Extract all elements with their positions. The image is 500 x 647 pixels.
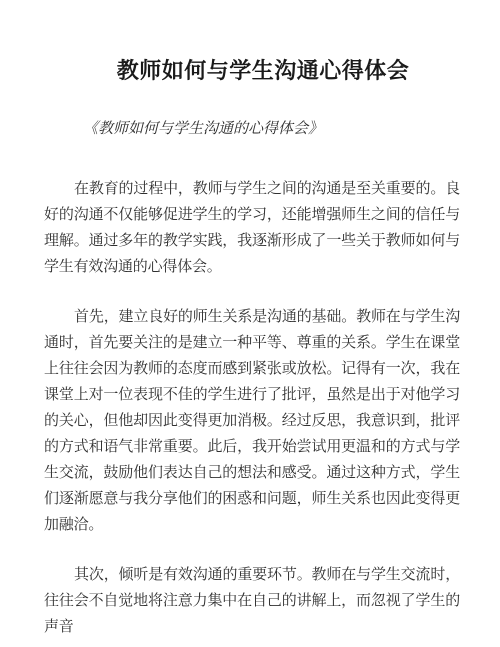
document-subtitle: 《教师如何与学生沟通的心得体会》 — [44, 118, 460, 140]
document-page: 教师如何与学生沟通心得体会 《教师如何与学生沟通的心得体会》 在教育的过程中，教… — [0, 0, 500, 647]
paragraph-second-point: 其次，倾听是有效沟通的重要环节。教师在与学生交流时，往往会不自觉地将注意力集中在… — [44, 562, 460, 640]
paragraph-intro: 在教育的过程中，教师与学生之间的沟通是至关重要的。良好的沟通不仅能够促进学生的学… — [44, 176, 460, 280]
paragraph-first-point: 首先，建立良好的师生关系是沟通的基础。教师在与学生沟通时，首先要关注的是建立一种… — [44, 304, 460, 538]
document-title: 教师如何与学生沟通心得体会 — [55, 57, 471, 85]
